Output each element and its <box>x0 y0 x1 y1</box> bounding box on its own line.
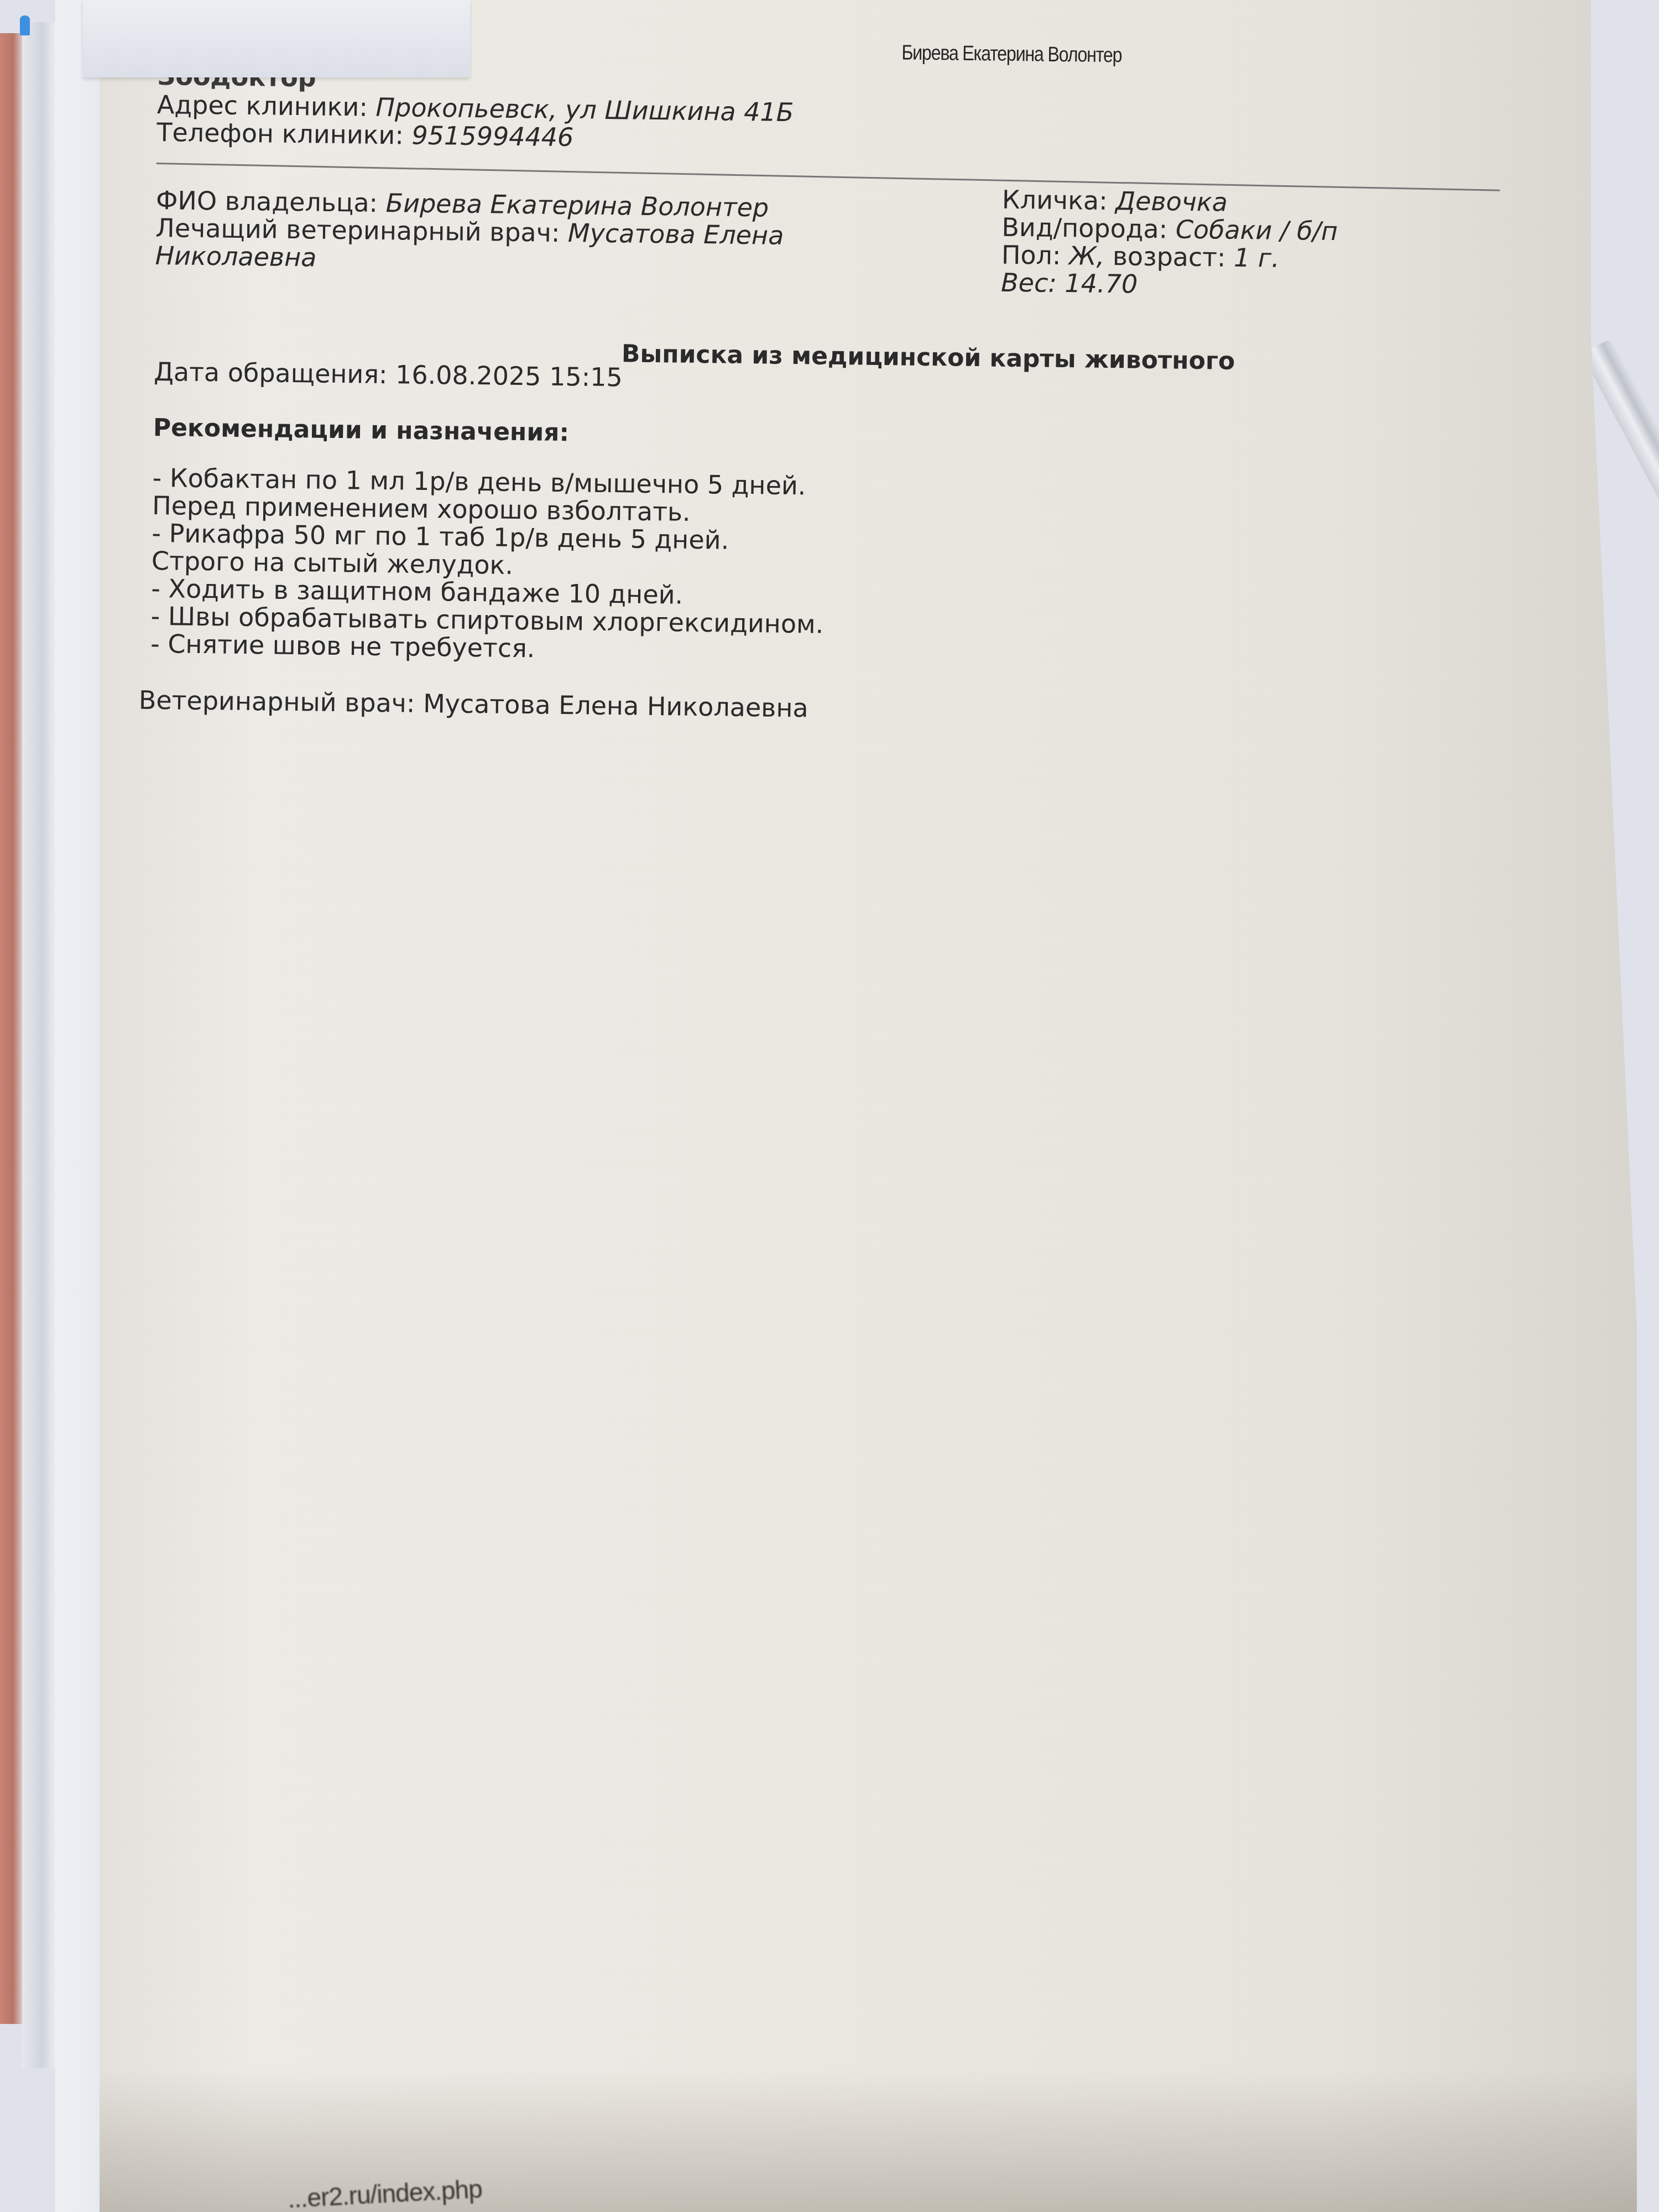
animal-species-label: Вид/порода: <box>1001 212 1167 244</box>
signature-label: Ветеринарный врач: <box>139 685 415 718</box>
animal-weight-value: 14.70 <box>1065 268 1138 299</box>
recommendations-list: - Кобактан по 1 мл 1р/в день в/мышечно 5… <box>150 464 1568 675</box>
printed-sheet: Бирева Екатерина Волонтер Зоодоктор Адре… <box>100 0 1637 2212</box>
animal-age-label: возраст: <box>1113 241 1226 272</box>
animal-block: Кличка: Девочка Вид/порода: Собаки / б/п… <box>1001 186 1338 300</box>
owner-doctor-block: ФИО владельца: Бирева Екатерина Волонтер… <box>155 186 875 278</box>
blue-clip-icon <box>20 15 30 35</box>
binder-edge <box>22 22 55 2068</box>
animal-name-label: Кличка: <box>1002 185 1108 216</box>
animal-species-value: Собаки / б/п <box>1176 215 1338 247</box>
visit-date-label: Дата обращения: <box>154 357 388 389</box>
clinic-phone-label: Телефон клиники: <box>156 117 404 150</box>
clinic-phone-value: 9515994446 <box>411 121 573 153</box>
patient-info: ФИО владельца: Бирева Екатерина Волонтер… <box>154 186 1572 347</box>
visit-date-value: 16.08.2025 15:15 <box>395 359 623 392</box>
doctor-line: Лечащий ветеринарный врач: Мусатова Елен… <box>155 214 874 278</box>
recommendations-title: Рекомендации и назначения: <box>153 414 1569 459</box>
medical-record-extract: Бирева Екатерина Волонтер Зоодоктор Адре… <box>150 61 1573 731</box>
animal-weight-label: Вес: <box>1001 268 1057 298</box>
header-divider <box>156 163 1500 191</box>
animal-name-value: Девочка <box>1115 186 1228 217</box>
folded-paper-flap <box>83 0 470 77</box>
animal-weight-line: Вес: 14.70 <box>1001 269 1337 300</box>
animal-age-value: 1 г. <box>1234 243 1280 273</box>
animal-sex-value: Ж, <box>1069 241 1105 271</box>
page-header-owner: Бирева Екатерина Волонтер <box>901 41 1122 67</box>
signature-value: Мусатова Елена Николаевна <box>423 688 808 723</box>
animal-sex-label: Пол: <box>1001 240 1061 270</box>
binder-spine <box>0 33 22 2024</box>
signature-line: Ветеринарный врач: Мусатова Елена Никола… <box>139 686 1566 732</box>
